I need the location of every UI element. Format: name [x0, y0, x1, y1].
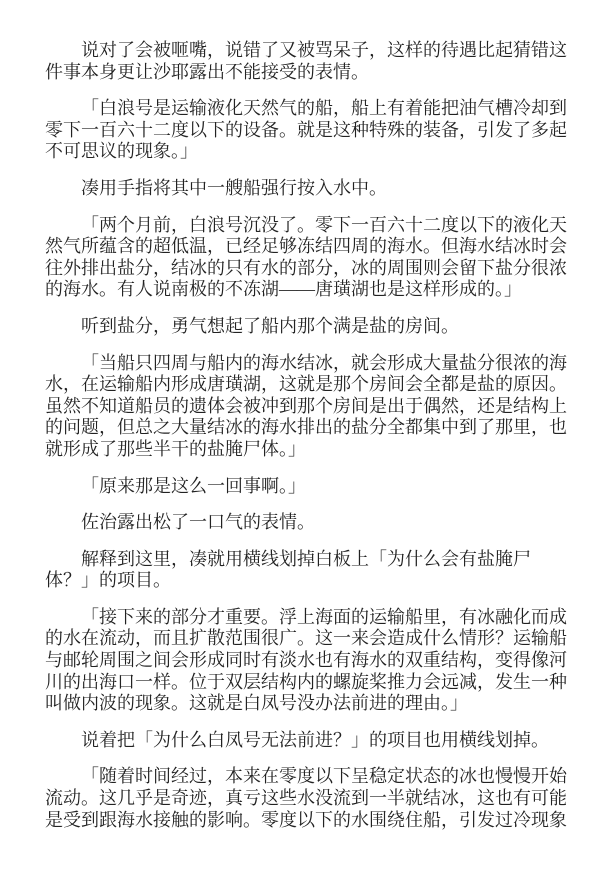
narration-paragraph: 听到盐分，勇气想起了船内那个满是盐的房间。 [45, 316, 568, 338]
narration-paragraph: 佐治露出松了一口气的表情。 [45, 512, 568, 534]
document-page: 说对了会被咂嘴，说错了又被骂呆子，这样的待遇比起猜错这件事本身更让沙耶露出不能接… [0, 0, 613, 869]
dialogue-paragraph: 「原来那是这么一回事啊。」 [45, 476, 568, 498]
dialogue-paragraph: 「接下来的部分才重要。浮上海面的运输船里，有冰融化而成的水在流动，而且扩散范围很… [45, 607, 568, 715]
narration-paragraph: 凑用手指将其中一艘船强行按入水中。 [45, 178, 568, 200]
dialogue-paragraph: 「白浪号是运输液化天然气的船，船上有着能把油气槽冷却到零下一百六十二度以下的设备… [45, 98, 568, 163]
dialogue-paragraph: 「两个月前，白浪号沉没了。零下一百六十二度以下的液化天然气所蕴含的超低温，已经足… [45, 215, 568, 301]
narration-paragraph: 解释到这里，凑就用横线划掉白板上「为什么会有盐腌尸体？」的项目。 [45, 549, 568, 592]
dialogue-paragraph: 「当船只四周与船内的海水结冰，就会形成大量盐分很浓的海水，在运输船内形成唐璜湖，… [45, 353, 568, 461]
narration-paragraph: 说着把「为什么白凤号无法前进？」的项目也用横线划掉。 [45, 730, 568, 752]
narration-paragraph: 说对了会被咂嘴，说错了又被骂呆子，这样的待遇比起猜错这件事本身更让沙耶露出不能接… [45, 40, 568, 83]
dialogue-paragraph: 「随着时间经过，本来在零度以下呈稳定状态的冰也慢慢开始流动。这几乎是奇迹，真亏这… [45, 766, 568, 831]
